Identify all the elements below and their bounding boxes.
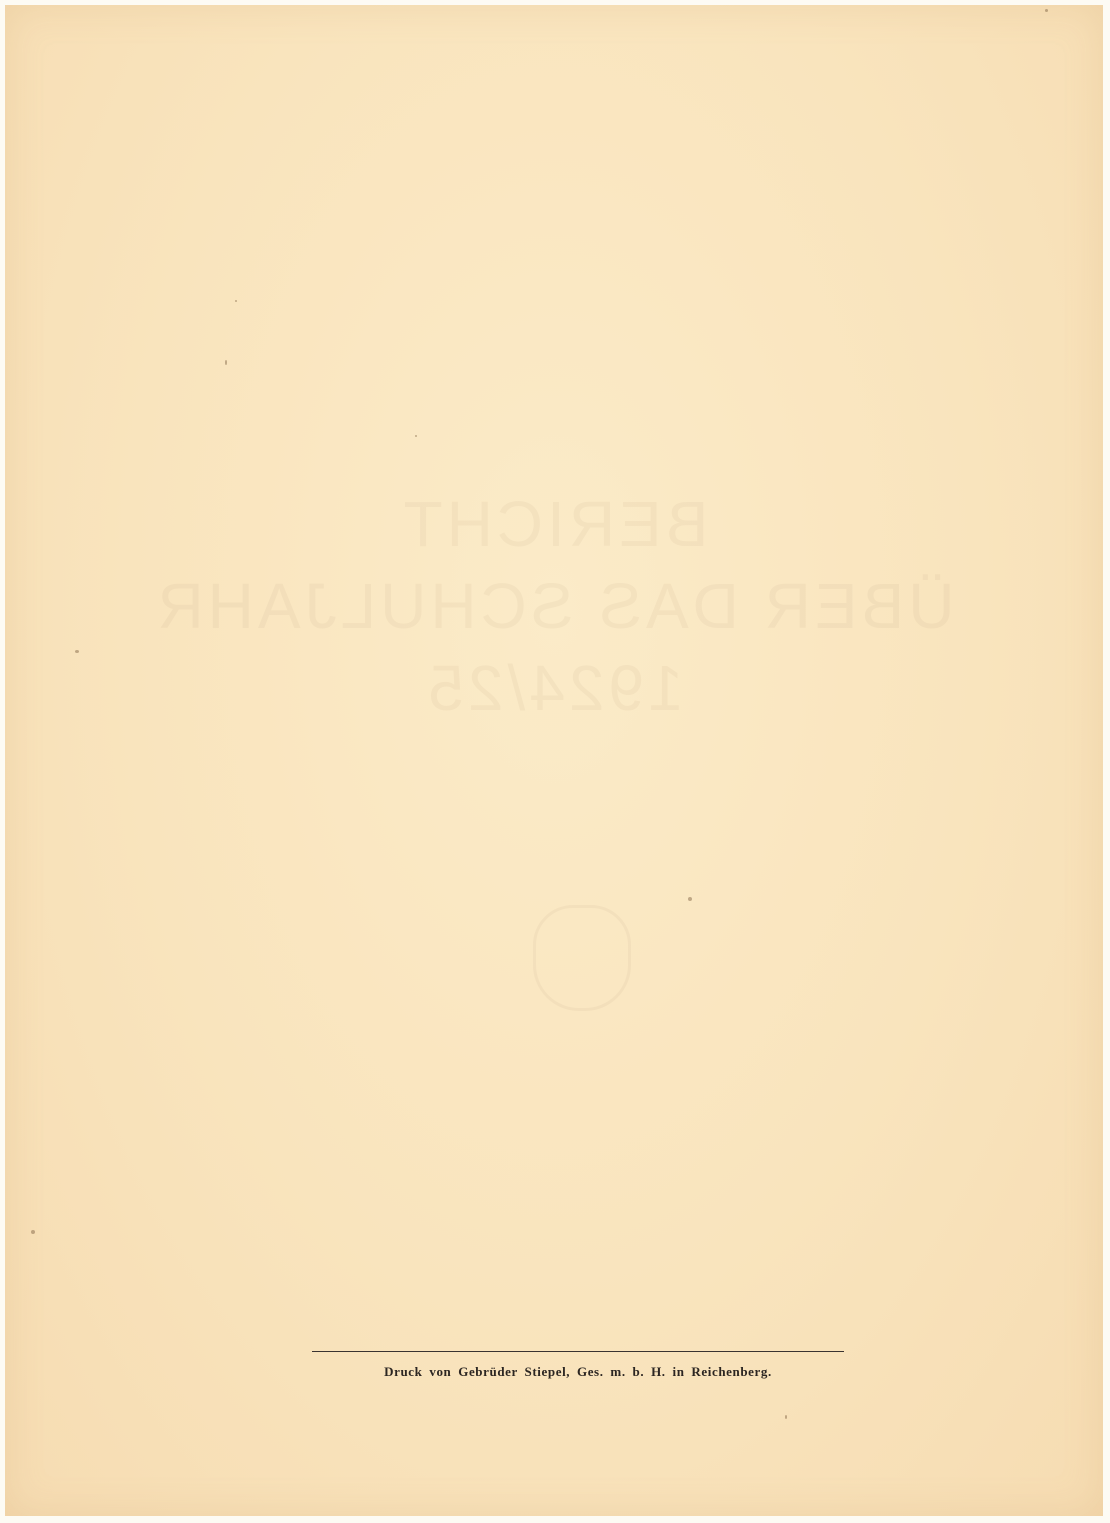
bleed-through-line: BERICHT [5,483,1103,565]
bleed-through-title: BERICHT ÜBER DAS SCHULJAHR 1924/25 [5,483,1103,729]
paper-speck [235,300,237,302]
paper-page: BERICHT ÜBER DAS SCHULJAHR 1924/25 [5,5,1103,1516]
paper-speck [225,360,227,365]
bleed-through-logo-icon [533,905,631,1011]
bleed-through-line: ÜBER DAS SCHULJAHR [5,565,1103,647]
bleed-through-line: 1924/25 [5,647,1103,729]
paper-speck [688,897,692,901]
printer-imprint: Druck von Gebrüder Stiepel, Ges. m. b. H… [312,1364,844,1380]
paper-speck [415,435,417,437]
paper-speck [785,1415,787,1419]
imprint-rule [312,1351,844,1352]
paper-speck [31,1230,35,1234]
paper-speck [75,650,79,653]
paper-speck [1045,9,1048,12]
